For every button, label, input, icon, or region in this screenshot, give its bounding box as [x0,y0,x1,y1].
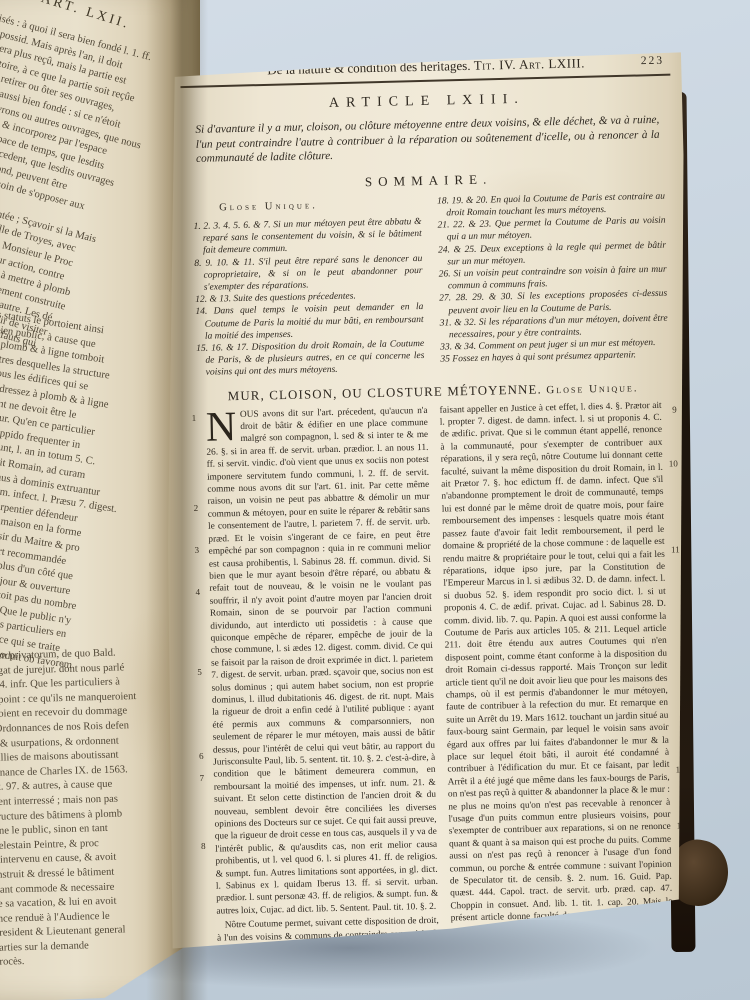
right-page-content: De la nature & condition des heritages. … [190,54,682,995]
running-head-reference: Tit. IV. Art. LXIII. [474,55,585,72]
glose-body: 1 2 3 4 5 6 7 8 9 10 11 12 13 NOUS avons… [206,399,675,994]
margin-number: 11 [671,543,680,556]
section-heading-suffix: Glose Unique. [546,382,639,396]
margin-number: 5 [197,666,202,679]
margin-number: 7 [199,771,204,784]
article-heading: ARTICLE LXIII. [191,89,663,115]
margin-number: 3 [194,544,199,557]
body-paragraph-text: OUS avons dit sur l'art. précedent, qu'a… [206,406,438,917]
body-paragraph: NOUS avons dit sur l'art. précedent, qu'… [206,405,439,918]
running-head-title: De la nature & condition des heritages. [267,58,471,77]
drop-cap: N [206,409,241,445]
sommaire-column-left: Glose Unique. 1. 2. 3. 4. 5. 6. & 7. Si … [193,196,425,380]
body-paragraph: faisant appeller en Justice à cet effet,… [439,399,673,974]
sommaire-entry: 15. 16. & 17. Disposition du droit Romai… [196,338,425,380]
sommaire-column-right: 18. 19. & 20. En quoi la Coutume de Pari… [437,190,669,374]
right-page: De la nature & condition des heritages. … [168,46,684,954]
margin-number: 1 [192,412,197,425]
body-column-left: NOUS avons dit sur l'art. précedent, qu'… [206,405,441,995]
sommaire: Glose Unique. 1. 2. 3. 4. 5. 6. & 7. Si … [193,190,669,379]
article-abstract: Si d'avanture il y a mur, cloison, ou cl… [191,113,664,167]
section-heading-main: MUR, CLOISON, OU CLOSTURE MÉTOYENNE. [228,382,542,403]
page-number: 223 [641,55,665,68]
sommaire-entry: 8. 9. 10. & 11. S'il peut être reparé sa… [194,253,423,295]
margin-number: 4 [195,586,200,599]
glose-unique-heading: Glose Unique. [219,198,421,215]
margin-number: 6 [199,749,204,762]
sommaire-heading: SOMMAIRE. [192,167,664,193]
margin-number: 8 [201,839,206,852]
book-photo: ART. LXII. orisés : à quoi il sera bien … [0,0,750,1000]
margin-number: 9 [672,403,677,416]
sommaire-entry: 1. 2. 3. 4. 5. 6. & 7. Si un mur métoyen… [193,216,422,258]
body-column-right: faisant appeller en Justice à cet effet,… [439,399,674,989]
margin-number: 10 [669,457,678,470]
sommaire-entry: 14. Dans quel temps le voisin peut deman… [195,301,424,343]
margin-number: 2 [194,502,199,515]
left-page-text-middle: leurs statuts le portoient ainsi r le bi… [0,306,144,677]
